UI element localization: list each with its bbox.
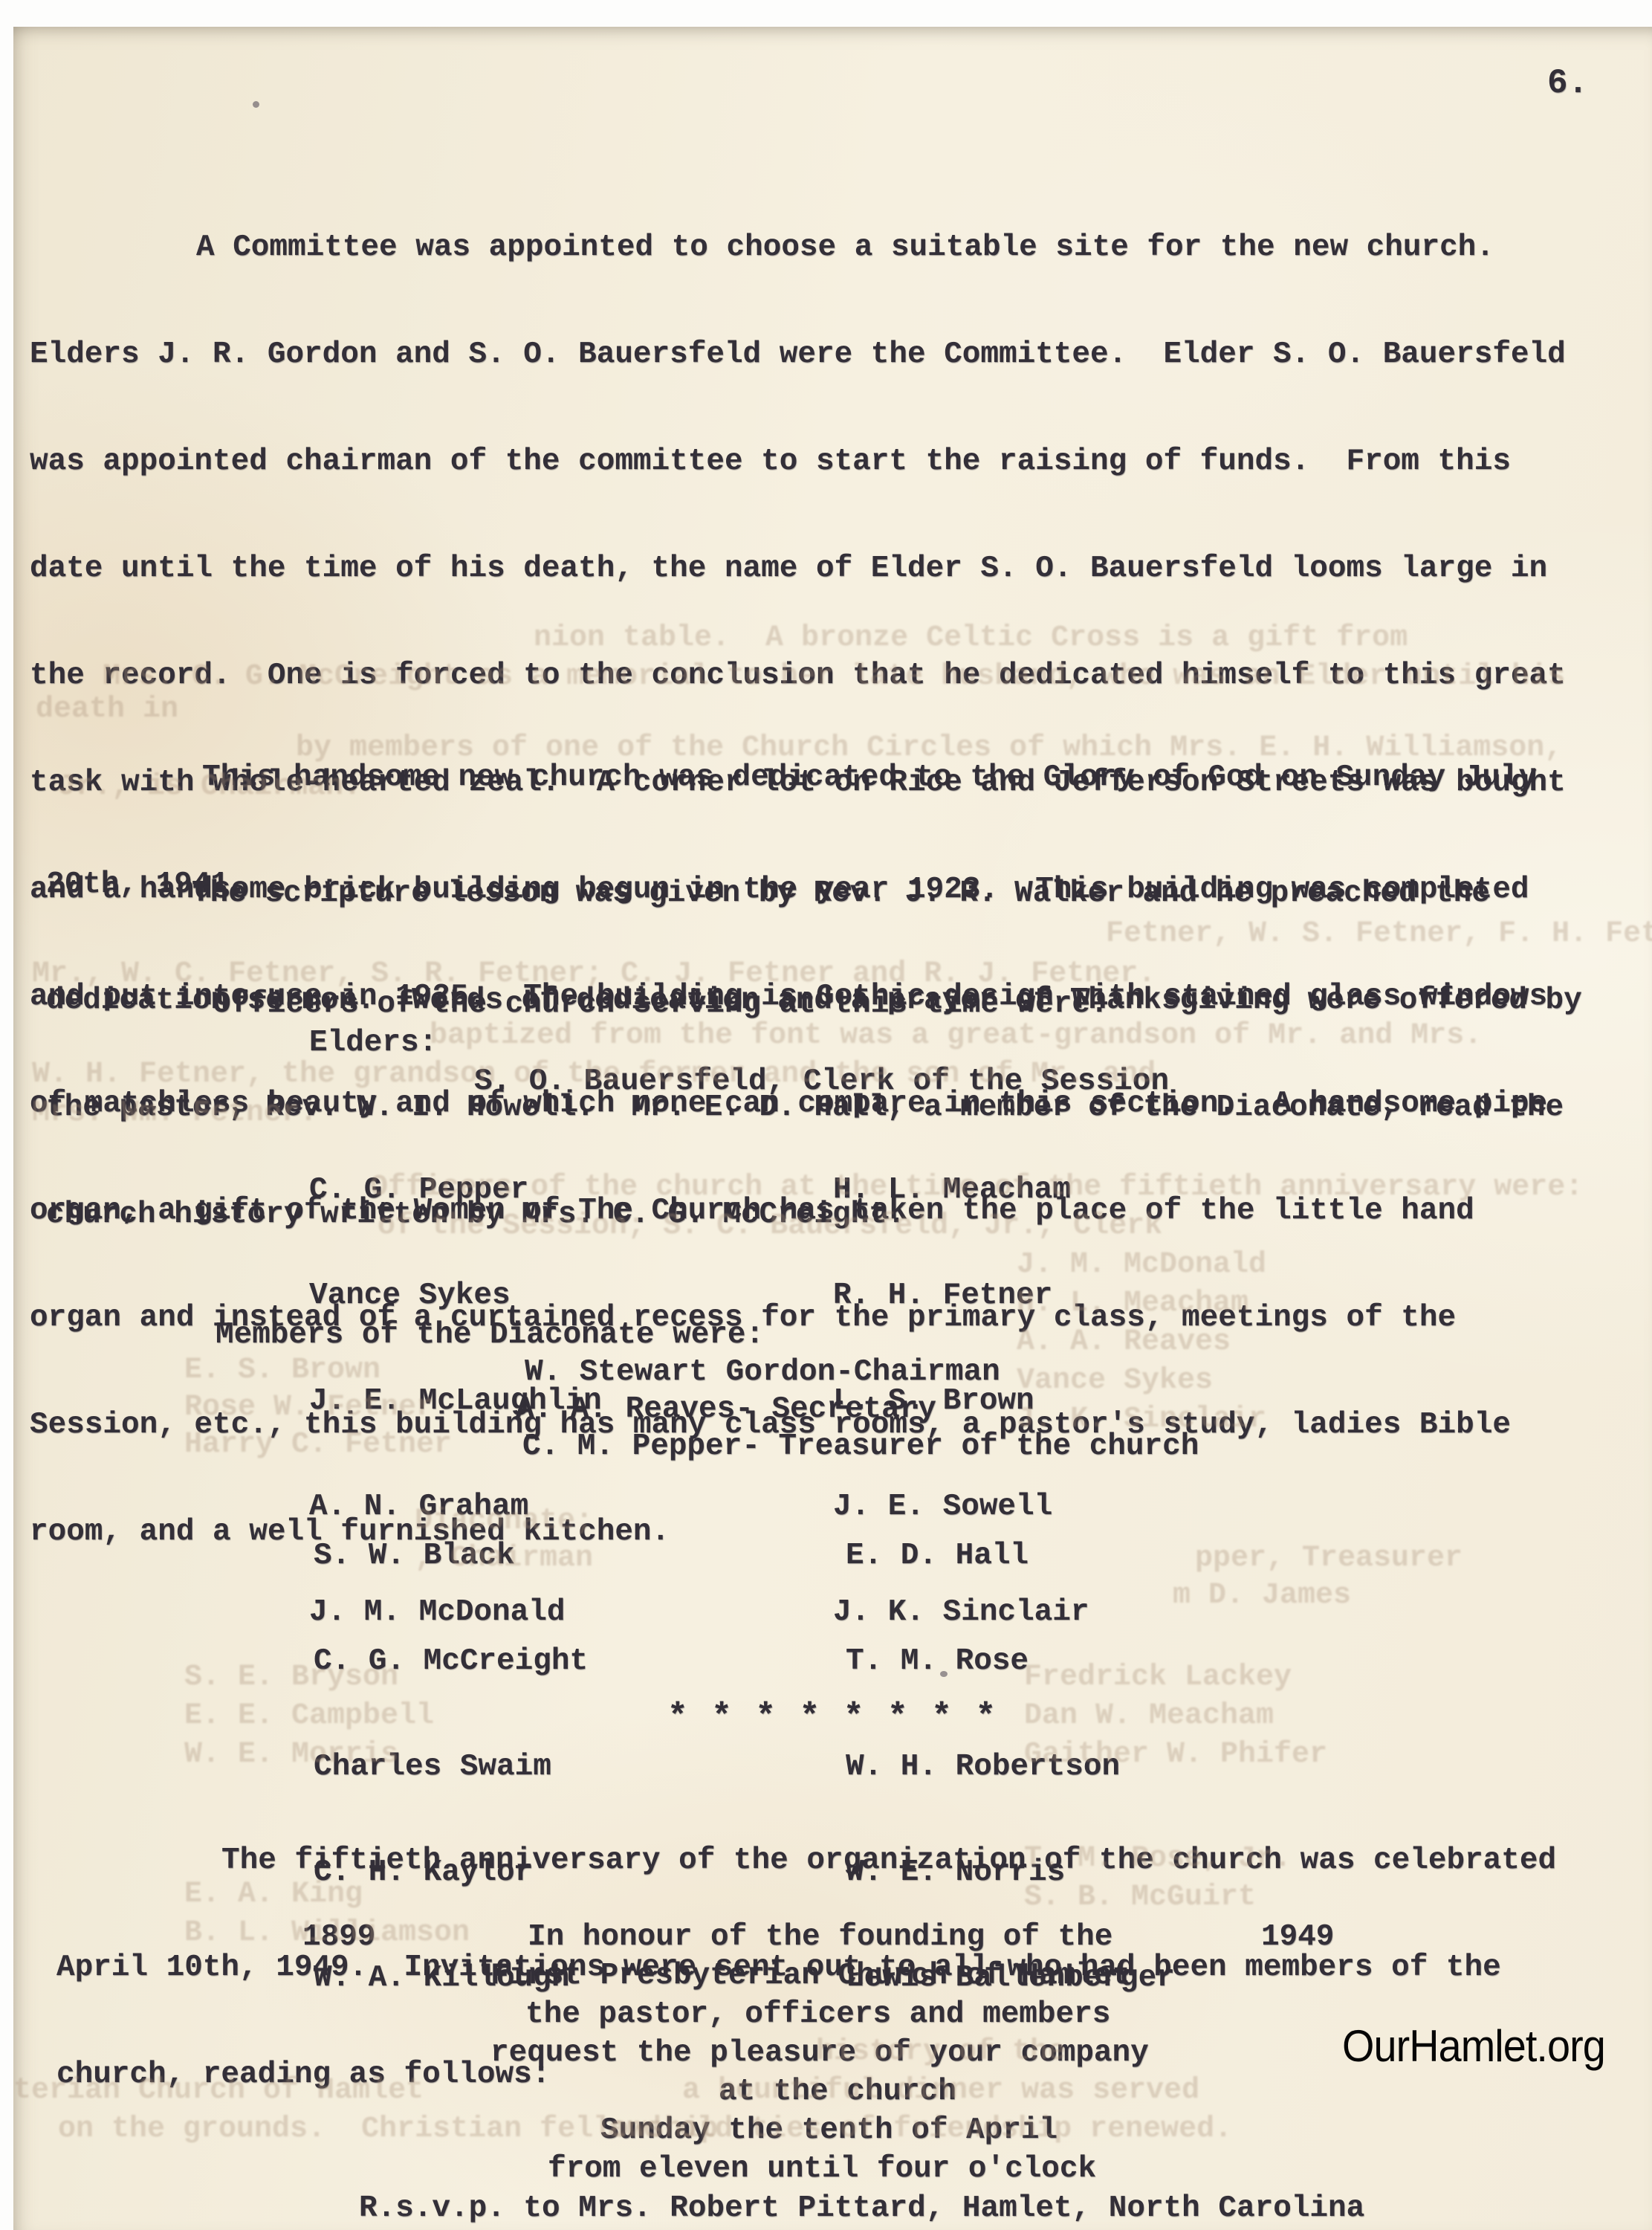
ghost-text-line: J. K. Sinclair — [1017, 1401, 1266, 1438]
invitation-rsvp-line: R.s.v.p. to Mrs. Robert Pittard, Hamlet,… — [359, 2191, 1364, 2226]
deacon-name: E. D. Hall — [846, 1537, 1029, 1574]
invitation-line: First Presbyterian Church of Hamlet — [490, 1959, 1130, 1993]
text-line: The scripture lesson was given by Rev. J… — [46, 874, 1582, 913]
ghost-text-line: Harry C. Fetner — [184, 1426, 452, 1464]
ghost-text-line: Mr., W. C. Fetner, S. R. Fetner; C. J. F… — [32, 956, 1156, 993]
ghost-text-line: Officers of the church at the time of th… — [370, 1169, 1583, 1206]
diaconate-chairman-line: W. Stewart Gordon-Chairman — [525, 1355, 1000, 1389]
ghost-text-line: and old ties of friendship renewed. — [608, 2111, 1232, 2148]
ghost-text-line: T. M. Rose, Jr. — [1024, 1840, 1292, 1878]
ourhamlet-watermark: OurHamlet.org — [1342, 2020, 1605, 2072]
text-line: date until the time of his death, the na… — [30, 549, 1566, 588]
ghost-text-line: S. E. Bryson — [184, 1659, 398, 1696]
text-line: Elders J. R. Gordon and S. O. Bauersfeld… — [30, 335, 1566, 374]
page-number: 6. — [1547, 64, 1588, 103]
elder-name: Vance Sykes — [309, 1277, 511, 1314]
asterisk-divider: * * * * * * * * — [667, 1698, 997, 1736]
ghost-text-line: S. B. McGuirt — [1024, 1879, 1256, 1916]
text-line: The fiftieth anniversary of the organiza… — [56, 1841, 1556, 1880]
ghost-text-line: history of the — [816, 2034, 1066, 2071]
ghost-text-line: Fetner, W. S. Fetner, F. H. Fetner, — [1106, 916, 1652, 953]
elders-subheading: Elders: — [309, 1026, 437, 1060]
ghost-text-line: B. L. Williamson — [184, 1915, 470, 1952]
invitation-year-right: 1949 — [1261, 1920, 1334, 1954]
ghost-text-line: by members of one of the Church Circles … — [296, 730, 1562, 767]
ghost-text-line: W. H. Fetner, the grandson of the former… — [32, 1056, 1156, 1093]
ghost-text-line: H. L. Meacham — [1017, 1285, 1248, 1322]
document-page: 6. A Committee was appointed to choose a… — [13, 27, 1652, 2230]
diaconate-heading: Members of the Diaconate were: — [216, 1318, 764, 1352]
ghost-text-line: Rose W. Fetner — [184, 1389, 434, 1426]
ink-speck — [253, 101, 259, 108]
ghost-text-line: pper, Treasurer — [1195, 1540, 1462, 1577]
ghost-text-line: J. M. McDonald — [1017, 1247, 1266, 1284]
ghost-text-line: a bountiful dinner was served — [682, 2072, 1199, 2110]
ghost-text-line: terian Church of Hamlet — [13, 2072, 424, 2110]
ghost-text-line: Jr., is Chairman. — [58, 769, 361, 806]
ghost-text-line: E. S. Brown — [184, 1352, 380, 1389]
text-line: was appointed chairman of the committee … — [30, 442, 1566, 481]
ghost-text-line: E. E. Campbell — [184, 1698, 434, 1735]
ghost-text-line: Diaconate; — [415, 1503, 593, 1540]
ghost-text-line: Mrs. Wm. Fetner. — [32, 1095, 317, 1132]
ghost-text-line: of the Session; S. C. Bauersfeld, Jr., C… — [378, 1208, 1162, 1245]
ghost-text-line: baptized from the font was a great-grand… — [430, 1018, 1482, 1055]
ghost-text-line: nion table. A bronze Celtic Cross is a g… — [534, 620, 1408, 657]
diaconate-secretary-line: A. A. Reaves- Secretary — [516, 1392, 936, 1426]
deacon-name: T. M. Rose — [846, 1643, 1029, 1680]
ghost-text-line: E. A. King — [184, 1876, 363, 1913]
ghost-text-line: m D. James — [1173, 1577, 1351, 1615]
invitation-line: the pastor, officers and members — [525, 1997, 1110, 2032]
ghost-text-line: death in — [36, 691, 178, 728]
ink-speck — [940, 1671, 948, 1677]
ghost-text-line: , Chairman — [415, 1540, 593, 1577]
ghost-text-line: Mrs. C. G. McCreight as a memorial to he… — [103, 659, 1565, 696]
scan-background: 6. A Committee was appointed to choose a… — [0, 0, 1652, 2230]
invitation-line: In honour of the founding of the — [528, 1920, 1112, 1954]
ghost-text-line: W. E. Morris — [184, 1736, 398, 1774]
ghost-text-line: Vance Sykes — [1017, 1363, 1213, 1400]
ghost-text-line: Dan W. Meacham — [1024, 1698, 1274, 1735]
ghost-text-line: Gaither W. Phifer — [1024, 1736, 1327, 1774]
ghost-text-line: Fredrick Lackey — [1024, 1659, 1292, 1696]
text-line: A Committee was appointed to choose a su… — [30, 228, 1566, 267]
invitation-line: from eleven until four o'clock — [548, 2152, 1096, 2186]
ghost-text-line: A. A. Reaves — [1017, 1324, 1231, 1361]
